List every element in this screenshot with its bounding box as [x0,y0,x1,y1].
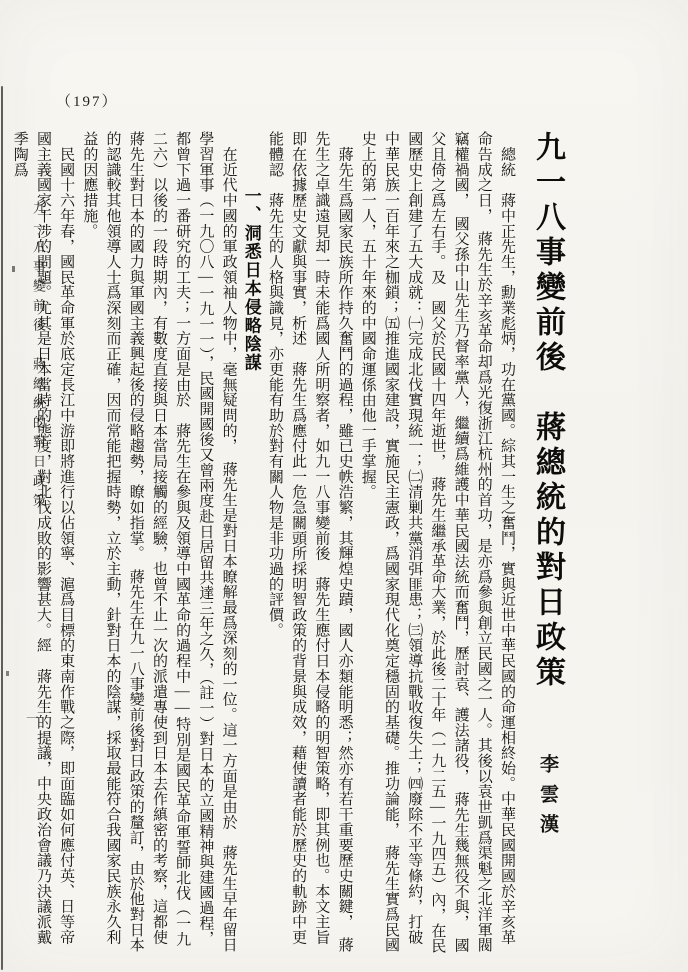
section-paragraph-1: 在近代中國的軍政領袖人物中，毫無疑問的， 蔣先生是對日本瞭解最爲深刻的一位。這一… [77,131,239,959]
article-author: 李雲漢 [537,754,558,844]
section-heading: 一、洞悉日本侵略陰謀 [240,131,263,959]
scan-edge-line [1,86,3,970]
article-heading-column: 九一八事變前後 蔣總統的對日政策 李雲漢 [524,131,570,959]
intro-paragraph-1: 總統 蔣中正先生，勳業彪炳，功在黨國。綜其一生之奮鬥，實與近世中華民國的命運相終… [356,131,518,959]
article-body: 九一八事變前後 蔣總統的對日政策 李雲漢 總統 蔣中正先生，勳業彪炳，功在黨國。… [46,131,570,959]
scanned-book-page: （197） 九一八事變前後 蔣總統的對日政策 一 九一八事變前後 蔣總統的對日政… [0,0,688,972]
section-paragraph-2: 民國十六年春，國民革命軍於底定長江中游即將進行以佔領寧、滬爲目標的東南作戰之際，… [8,131,78,959]
printed-page-number: （197） [56,90,119,111]
intro-paragraph-2: 蔣先生爲國家民族所作持久奮鬥的過程，雖已史帙浩繁，其輝煌史蹟，國人亦類能明悉；然… [263,131,356,959]
article-title: 九一八事變前後 蔣總統的對日政策 [531,131,564,691]
